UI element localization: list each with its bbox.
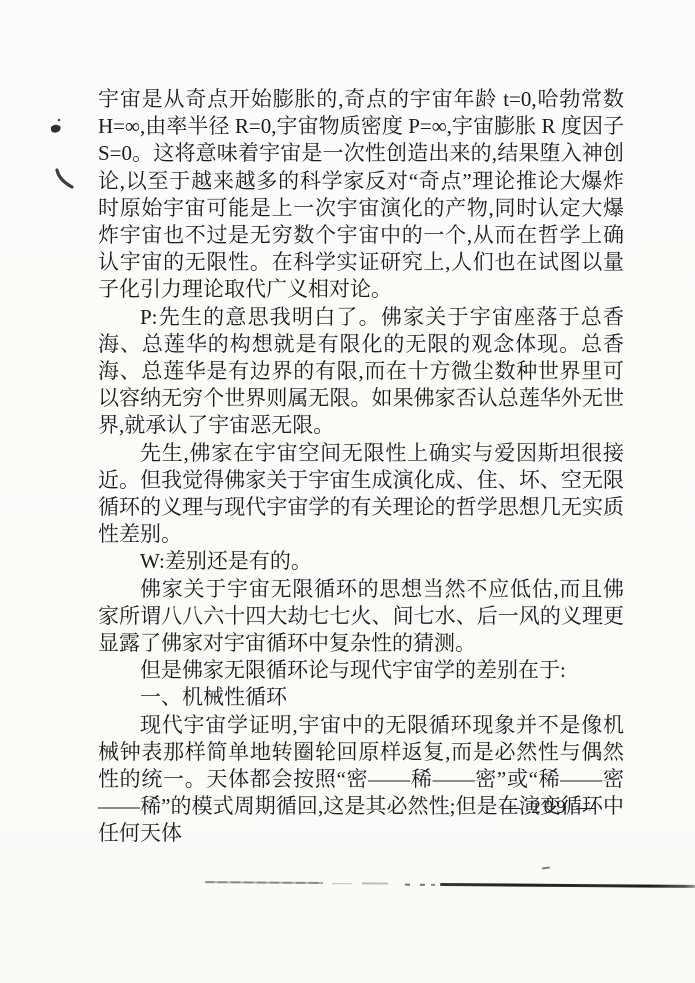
paragraph: 现代宇宙学证明,宇宙中的无限循环现象并不是像机械钟表那样简单地转圈轮回原样返复,… bbox=[98, 712, 624, 848]
paragraph: 佛家关于宇宙无限循环的思想当然不应低估,而且佛家所谓八八六十四大劫七七火、间七水… bbox=[98, 576, 624, 658]
scan-smudge-line bbox=[200, 878, 695, 890]
paragraph: 宇宙是从奇点开始膨胀的,奇点的宇宙年龄 t=0,哈勃常数H=∞,由率半径 R=0… bbox=[98, 86, 624, 304]
body-text-column: 宇宙是从奇点开始膨胀的,奇点的宇宙年龄 t=0,哈勃常数H=∞,由率半径 R=0… bbox=[98, 86, 624, 848]
paragraph: 先生,佛家在宇宙空间无限性上确实与爱因斯坦很接近。但我觉得佛家关于宇宙生成演化成… bbox=[98, 440, 624, 549]
ink-stroke-artifact bbox=[54, 168, 76, 192]
paragraph: W:差别还是有的。 bbox=[98, 548, 624, 575]
book-page-scan: 宇宙是从奇点开始膨胀的,奇点的宇宙年龄 t=0,哈勃常数H=∞,由率半径 R=0… bbox=[0, 0, 695, 983]
scan-speck bbox=[610, 452, 613, 455]
paragraph: 一、机械性循环 bbox=[98, 684, 624, 711]
paragraph: 但是佛家无限循环论与现代宇宙学的差别在于: bbox=[98, 657, 624, 684]
page-number: — 209 — bbox=[470, 797, 630, 819]
paragraph: P:先生的意思我明白了。佛家关于宇宙座落于总香海、总莲华的构想就是有限化的无限的… bbox=[98, 304, 624, 440]
ink-blot-artifact bbox=[48, 117, 66, 137]
scan-speck bbox=[605, 510, 608, 514]
scan-dash-artifact bbox=[542, 867, 550, 870]
